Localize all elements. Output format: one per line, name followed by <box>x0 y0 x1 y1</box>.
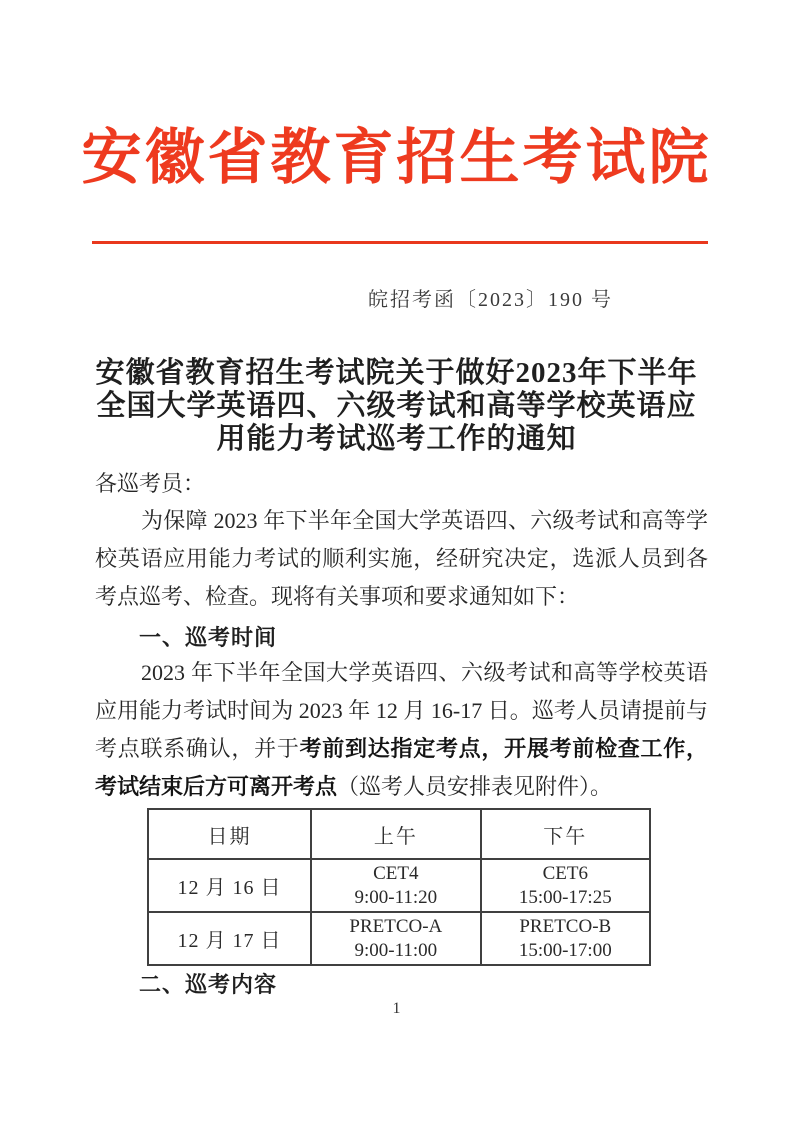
column-header-afternoon: 下午 <box>481 809 650 859</box>
morning-cell: CET4 9:00-11:20 <box>311 859 480 912</box>
agency-header: 安徽省教育招生考试院 <box>0 124 793 193</box>
exam-name: PRETCO-B <box>482 915 649 939</box>
exam-time: 15:00-17:00 <box>482 939 649 963</box>
notice-title-line-2: 全国大学英语四、六级考试和高等学校英语应 <box>40 390 753 423</box>
exam-name: PRETCO-A <box>312 915 479 939</box>
exam-time: 15:00-17:25 <box>482 886 649 910</box>
table-header-row: 日期 上午 下午 <box>148 809 650 859</box>
table-row: 12 月 17 日 PRETCO-A 9:00-11:00 PRETCO-B 1… <box>148 912 650 965</box>
page-number: 1 <box>0 1000 793 1018</box>
table-row: 12 月 16 日 CET4 9:00-11:20 CET6 15:00-17:… <box>148 859 650 912</box>
document-page: 安徽省教育招生考试院 皖招考函〔2023〕190 号 安徽省教育招生考试院关于做… <box>0 0 793 1122</box>
exam-schedule-table: 日期 上午 下午 12 月 16 日 CET4 9:00-11:20 CET6 … <box>147 808 651 966</box>
exam-time: 9:00-11:20 <box>312 886 479 910</box>
notice-title: 安徽省教育招生考试院关于做好2023年下半年 全国大学英语四、六级考试和高等学校… <box>40 357 753 456</box>
notice-title-line-3: 用能力考试巡考工作的通知 <box>40 423 753 456</box>
exam-time: 9:00-11:00 <box>312 939 479 963</box>
header-divider-line <box>92 241 708 244</box>
afternoon-cell: PRETCO-B 15:00-17:00 <box>481 912 650 965</box>
intro-paragraph: 为保障 2023 年下半年全国大学英语四、六级考试和高等学校英语应用能力考试的顺… <box>95 502 708 616</box>
document-number: 皖招考函〔2023〕190 号 <box>368 283 613 312</box>
exam-name: CET4 <box>312 862 479 886</box>
exam-name: CET6 <box>482 862 649 886</box>
date-cell: 12 月 17 日 <box>148 912 311 965</box>
date-cell: 12 月 16 日 <box>148 859 311 912</box>
notice-title-line-1: 安徽省教育招生考试院关于做好2023年下半年 <box>40 357 753 390</box>
section-2-heading: 二、巡考内容 <box>139 966 277 1004</box>
section-1-heading: 一、巡考时间 <box>139 619 277 657</box>
afternoon-cell: CET6 15:00-17:25 <box>481 859 650 912</box>
salutation: 各巡考员： <box>95 465 205 503</box>
section-1-paragraph: 2023 年下半年全国大学英语四、六级考试和高等学校英语应用能力考试时间为 20… <box>95 654 708 806</box>
morning-cell: PRETCO-A 9:00-11:00 <box>311 912 480 965</box>
column-header-morning: 上午 <box>311 809 480 859</box>
column-header-date: 日期 <box>148 809 311 859</box>
section-1-text-normal-2: （巡考人员安排表见附件）。 <box>337 774 612 799</box>
